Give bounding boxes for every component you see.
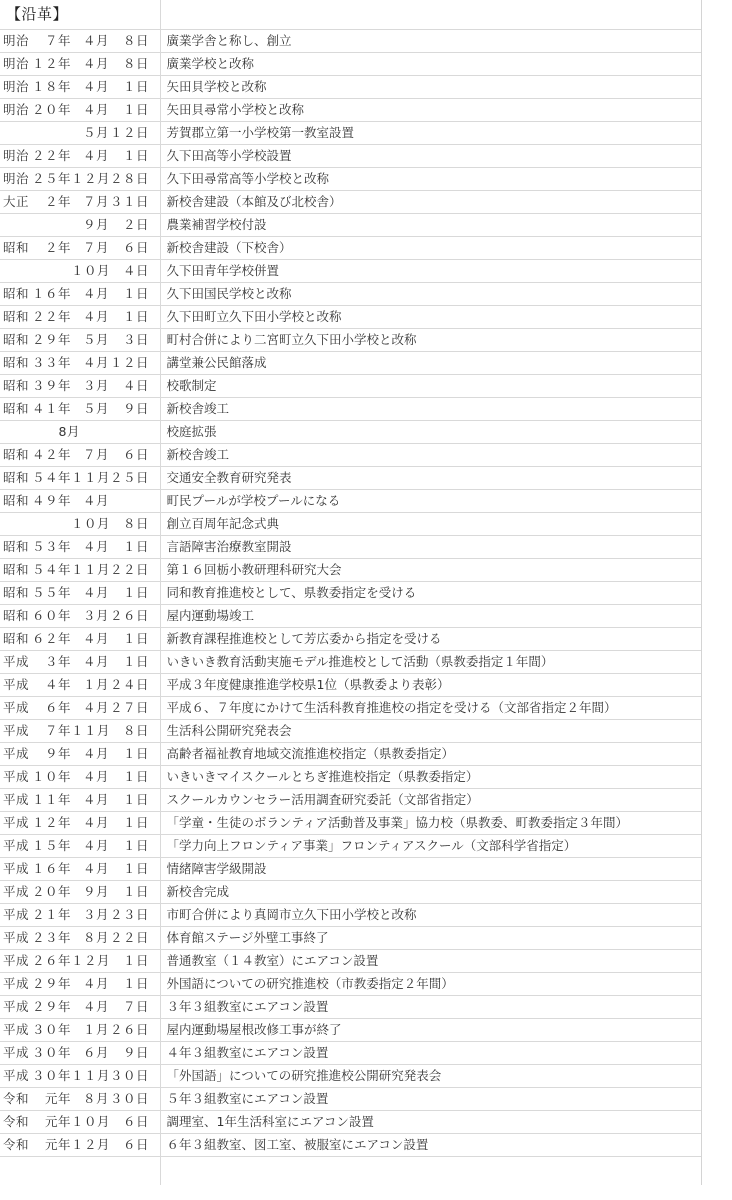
day: １日	[109, 628, 149, 650]
history-row: 昭和２９年５月３日町村合併により二宮町立久下田小学校と改称	[0, 328, 701, 351]
day: ６日	[109, 1134, 149, 1156]
date-cell: 昭和４１年５月９日	[0, 397, 160, 420]
date-cell: 昭和４２年７月６日	[0, 443, 160, 466]
month: ４月	[71, 283, 109, 305]
title-row: 【沿革】	[0, 0, 701, 29]
date-cell: １０月４日	[0, 259, 160, 282]
date-cell: 平成２６年１２月１日	[0, 949, 160, 972]
era: 平成	[3, 1065, 31, 1087]
date: 平成１６年４月１日	[3, 858, 160, 880]
date-cell: 昭和１６年４月１日	[0, 282, 160, 305]
era: 昭和	[3, 283, 31, 305]
era	[3, 260, 31, 282]
year: １２年	[31, 812, 71, 834]
event-cell: 平成６、７年度にかけて生活科教育推進校の指定を受ける（文部省指定２年間）	[160, 696, 701, 719]
day: １日	[109, 99, 149, 121]
day: ９日	[109, 1042, 149, 1064]
date: 昭和４２年７月６日	[3, 444, 160, 466]
month: １１月	[71, 559, 109, 581]
event-cell: 町民プールが学校プールになる	[160, 489, 701, 512]
date-cell: 昭和３９年３月４日	[0, 374, 160, 397]
month: ４月	[71, 582, 109, 604]
year: ６年	[31, 697, 71, 719]
history-row: 平成２９年４月１日外国語についての研究推進校（市教委指定２年間）	[0, 972, 701, 995]
month: １１月	[71, 1065, 109, 1087]
date: 平成４年１月２４日	[3, 674, 160, 696]
history-row: 昭和２年７月６日新校舎建設（下校舎）	[0, 236, 701, 259]
date-cell: 平成１２年４月１日	[0, 811, 160, 834]
history-row: １０月８日創立百周年記念式典	[0, 512, 701, 535]
date-cell: 8月	[0, 420, 160, 443]
day: １日	[109, 835, 149, 857]
era	[3, 122, 31, 144]
year: １８年	[31, 76, 71, 98]
day: ２７日	[109, 697, 149, 719]
year	[31, 214, 71, 236]
year: ２年	[31, 237, 71, 259]
date: 平成７年１１月８日	[3, 720, 160, 742]
month: ４月	[71, 306, 109, 328]
month: ４月	[71, 996, 109, 1018]
day: ３０日	[109, 1088, 149, 1110]
date: 令和元年１２月６日	[3, 1134, 160, 1156]
event-cell: 講堂兼公民館落成	[160, 351, 701, 374]
date: 昭和２９年５月３日	[3, 329, 160, 351]
month: ４月	[71, 490, 109, 512]
date-cell: 令和元年１２月６日	[0, 1133, 160, 1156]
month: ５月	[71, 398, 109, 420]
history-row: 平成１１年４月１日スクールカウンセラー活用調査研究委託（文部省指定）	[0, 788, 701, 811]
date: 平成２０年９月１日	[3, 881, 160, 903]
month: ４月	[71, 536, 109, 558]
month: １０月	[71, 260, 109, 282]
month: ８月	[71, 1088, 109, 1110]
year: ２１年	[31, 904, 71, 926]
date-cell: 昭和４９年４月	[0, 489, 160, 512]
date: 平成２３年８月２２日	[3, 927, 160, 949]
day: ３日	[109, 329, 149, 351]
era: 平成	[3, 950, 31, 972]
year	[31, 122, 71, 144]
era	[3, 513, 31, 535]
history-row: 令和元年１２月６日６年３組教室、図工室、被服室にエアコン設置	[0, 1133, 701, 1156]
event-cell: 「学力向上フロンティア事業」フロンティアスクール（文部科学省指定）	[160, 834, 701, 857]
date-cell: 昭和５４年１１月２５日	[0, 466, 160, 489]
history-row: ５月１２日芳賀郡立第一小学校第一教室設置	[0, 121, 701, 144]
history-row: 平成２９年４月７日３年３組教室にエアコン設置	[0, 995, 701, 1018]
day: ２日	[109, 214, 149, 236]
event-cell: 情緒障害学級開設	[160, 857, 701, 880]
month: １月	[71, 674, 109, 696]
history-row: 平成２１年３月２３日市町合併により真岡市立久下田小学校と改称	[0, 903, 701, 926]
year: ５５年	[31, 582, 71, 604]
date: 明治１２年４月８日	[3, 53, 160, 75]
history-sheet: 【沿革】 明治７年４月８日廣業学舎と称し、創立明治１２年４月８日廣業学校と改称明…	[0, 0, 702, 1185]
date-cell: ５月１２日	[0, 121, 160, 144]
year: ４年	[31, 674, 71, 696]
year: ７年	[31, 720, 71, 742]
month: ４月	[71, 812, 109, 834]
month: １１月	[71, 467, 109, 489]
date-cell: 平成３０年１１月３０日	[0, 1064, 160, 1087]
event-cell: 久下田国民学校と改称	[160, 282, 701, 305]
event-cell: 廣業学舎と称し、創立	[160, 29, 701, 52]
year: ３３年	[31, 352, 71, 374]
date: 平成１０年４月１日	[3, 766, 160, 788]
history-row: 平成２３年８月２２日体育館ステージ外壁工事終了	[0, 926, 701, 949]
era: 平成	[3, 881, 31, 903]
event-cell: 言語障害治療教室開設	[160, 535, 701, 558]
era: 昭和	[3, 306, 31, 328]
history-row: 平成３年４月１日いきいき教育活動実施モデル推進校として活動（県教委指定１年間）	[0, 650, 701, 673]
history-row: 昭和４１年５月９日新校舎竣工	[0, 397, 701, 420]
date: ９月２日	[3, 214, 160, 236]
month: １２月	[71, 168, 109, 190]
date-cell: 平成３０年１月２６日	[0, 1018, 160, 1041]
history-row: 平成３０年６月９日４年３組教室にエアコン設置	[0, 1041, 701, 1064]
date: 平成９年４月１日	[3, 743, 160, 765]
date: 平成１２年４月１日	[3, 812, 160, 834]
month: ３月	[71, 904, 109, 926]
day: １日	[109, 766, 149, 788]
date: 平成６年４月２７日	[3, 697, 160, 719]
era: 昭和	[3, 582, 31, 604]
day: １２日	[109, 122, 149, 144]
date: 平成３年４月１日	[3, 651, 160, 673]
year: ４２年	[31, 444, 71, 466]
date: 平成２９年４月１日	[3, 973, 160, 995]
date-cell: 平成２０年９月１日	[0, 880, 160, 903]
date-cell: 明治２２年４月１日	[0, 144, 160, 167]
era: 明治	[3, 168, 31, 190]
event-cell: 芳賀郡立第一小学校第一教室設置	[160, 121, 701, 144]
month: ４月	[71, 99, 109, 121]
event-cell: 久下田町立久下田小学校と改称	[160, 305, 701, 328]
year: ３０年	[31, 1042, 71, 1064]
year: ２２年	[31, 306, 71, 328]
date-cell: 平成２１年３月２３日	[0, 903, 160, 926]
date-cell: 平成２９年４月７日	[0, 995, 160, 1018]
era: 平成	[3, 858, 31, 880]
year: ２９年	[31, 996, 71, 1018]
day: ３０日	[109, 1065, 149, 1087]
date: 昭和３９年３月４日	[3, 375, 160, 397]
year: ５４年	[31, 559, 71, 581]
month: ４月	[71, 743, 109, 765]
date-cell: 明治２０年４月１日	[0, 98, 160, 121]
date-cell: 明治２５年１２月２８日	[0, 167, 160, 190]
year: ２０年	[31, 99, 71, 121]
year: ２３年	[31, 927, 71, 949]
day: ９日	[109, 398, 149, 420]
event-cell: 平成３年度健康推進学校県1位（県教委より表彰）	[160, 673, 701, 696]
day: ２６日	[109, 1019, 149, 1041]
year: ４１年	[31, 398, 71, 420]
history-row: 明治１８年４月１日矢田貝学校と改称	[0, 75, 701, 98]
event-cell: 久下田青年学校併置	[160, 259, 701, 282]
day: ７日	[109, 996, 149, 1018]
history-row: 昭和１６年４月１日久下田国民学校と改称	[0, 282, 701, 305]
event-cell: いきいき教育活動実施モデル推進校として活動（県教委指定１年間）	[160, 650, 701, 673]
date: 昭和２２年４月１日	[3, 306, 160, 328]
month: ４月	[71, 858, 109, 880]
era: 平成	[3, 674, 31, 696]
date: 大正２年７月３１日	[3, 191, 160, 213]
date: 昭和５５年４月１日	[3, 582, 160, 604]
date: 平成１５年４月１日	[3, 835, 160, 857]
year: １０年	[31, 766, 71, 788]
date: 平成２９年４月７日	[3, 996, 160, 1018]
event-cell: 矢田貝尋常小学校と改称	[160, 98, 701, 121]
date: 令和元年１０月６日	[3, 1111, 160, 1133]
history-row: 平成７年１１月８日生活科公開研究発表会	[0, 719, 701, 742]
date-cell: 昭和５５年４月１日	[0, 581, 160, 604]
year	[31, 513, 71, 535]
month: １２月	[71, 1134, 109, 1156]
day: １日	[109, 582, 149, 604]
history-row: 平成１２年４月１日「学童・生徒のボランティア活動普及事業」協力校（県教委、町教委…	[0, 811, 701, 834]
era: 明治	[3, 53, 31, 75]
history-row: 令和元年８月３０日５年３組教室にエアコン設置	[0, 1087, 701, 1110]
month: ９月	[71, 881, 109, 903]
date-cell: 明治１８年４月１日	[0, 75, 160, 98]
history-row: 平成１０年４月１日いきいきマイスクールとちぎ推進校指定（県教委指定）	[0, 765, 701, 788]
date-cell: 昭和３３年４月１２日	[0, 351, 160, 374]
history-row: 平成２０年９月１日新校舎完成	[0, 880, 701, 903]
date-cell: 平成１５年４月１日	[0, 834, 160, 857]
date-cell: 平成３０年６月９日	[0, 1041, 160, 1064]
history-row: 明治２０年４月１日矢田貝尋常小学校と改称	[0, 98, 701, 121]
event-cell: 新校舎建設（下校舎）	[160, 236, 701, 259]
month: ９月	[71, 214, 109, 236]
year: ９年	[31, 743, 71, 765]
month: ４月	[71, 76, 109, 98]
event-cell: 新教育課程推進校として芳広委から指定を受ける	[160, 627, 701, 650]
history-row: 昭和４２年７月６日新校舎竣工	[0, 443, 701, 466]
history-row: 8月校庭拡張	[0, 420, 701, 443]
era: 平成	[3, 904, 31, 926]
history-row: 明治１２年４月８日廣業学校と改称	[0, 52, 701, 75]
era: 明治	[3, 99, 31, 121]
title-empty-cell	[160, 0, 701, 29]
year: ２６年	[31, 950, 71, 972]
history-row: 昭和５４年１１月２５日交通安全教育研究発表	[0, 466, 701, 489]
date: 平成２１年３月２３日	[3, 904, 160, 926]
month: ４月	[71, 651, 109, 673]
history-row: 昭和５５年４月１日同和教育推進校として、県教委指定を受ける	[0, 581, 701, 604]
date: 平成１１年４月１日	[3, 789, 160, 811]
day: ８日	[109, 53, 149, 75]
year: １２年	[31, 53, 71, 75]
date: 昭和３３年４月１２日	[3, 352, 160, 374]
date: １０月８日	[3, 513, 160, 535]
day: １日	[109, 881, 149, 903]
day: ２４日	[109, 674, 149, 696]
blank-row	[0, 1156, 701, 1185]
event-cell: 外国語についての研究推進校（市教委指定２年間）	[160, 972, 701, 995]
history-row: 平成３０年１１月３０日「外国語」についての研究推進校公開研究発表会	[0, 1064, 701, 1087]
era: 昭和	[3, 536, 31, 558]
history-row: 昭和５３年４月１日言語障害治療教室開設	[0, 535, 701, 558]
date-cell: 昭和６０年３月２６日	[0, 604, 160, 627]
era: 平成	[3, 812, 31, 834]
era: 平成	[3, 651, 31, 673]
era: 令和	[3, 1134, 31, 1156]
history-row: 昭和３３年４月１２日講堂兼公民館落成	[0, 351, 701, 374]
event-cell: 新校舎完成	[160, 880, 701, 903]
date: 昭和１６年４月１日	[3, 283, 160, 305]
history-row: 明治７年４月８日廣業学舎と称し、創立	[0, 29, 701, 52]
date-cell: 昭和２９年５月３日	[0, 328, 160, 351]
event-cell: スクールカウンセラー活用調査研究委託（文部省指定）	[160, 788, 701, 811]
history-row: 大正２年７月３１日新校舎建設（本館及び北校舎）	[0, 190, 701, 213]
event-cell: 高齢者福祉教育地域交流推進校指定（県教委指定）	[160, 742, 701, 765]
history-row: 昭和５４年１１月２２日第１６回栃小教研理科研究大会	[0, 558, 701, 581]
month: ４月	[71, 789, 109, 811]
event-cell: 久下田尋常高等小学校と改称	[160, 167, 701, 190]
era: 明治	[3, 76, 31, 98]
date: 明治２５年１２月２８日	[3, 168, 160, 190]
history-row: ９月２日農業補習学校付設	[0, 213, 701, 236]
month: ４月	[71, 145, 109, 167]
date-cell: 平成３年４月１日	[0, 650, 160, 673]
event-cell: 「学童・生徒のボランティア活動普及事業」協力校（県教委、町教委指定３年間）	[160, 811, 701, 834]
day: １日	[109, 973, 149, 995]
date-cell: 令和元年８月３０日	[0, 1087, 160, 1110]
date: 明治２０年４月１日	[3, 99, 160, 121]
date-cell: 昭和２年７月６日	[0, 236, 160, 259]
day: ２２日	[109, 559, 149, 581]
event-cell: 市町合併により真岡市立久下田小学校と改称	[160, 903, 701, 926]
era: 昭和	[3, 375, 31, 397]
history-row: 昭和３９年３月４日校歌制定	[0, 374, 701, 397]
date: 平成３０年１１月３０日	[3, 1065, 160, 1087]
year	[31, 260, 71, 282]
day: １日	[109, 145, 149, 167]
date-cell: 平成４年１月２４日	[0, 673, 160, 696]
date-cell: 昭和５４年１１月２２日	[0, 558, 160, 581]
month: ４月	[71, 352, 109, 374]
date-cell: １０月８日	[0, 512, 160, 535]
era: 平成	[3, 973, 31, 995]
day: ４日	[109, 375, 149, 397]
day: １日	[109, 789, 149, 811]
era: 平成	[3, 697, 31, 719]
event-cell: 体育館ステージ外壁工事終了	[160, 926, 701, 949]
day: １日	[109, 812, 149, 834]
history-row: 昭和６２年４月１日新教育課程推進校として芳広委から指定を受ける	[0, 627, 701, 650]
year: ２９年	[31, 329, 71, 351]
day: ２５日	[109, 467, 149, 489]
era: 令和	[3, 1111, 31, 1133]
event-cell: ５年３組教室にエアコン設置	[160, 1087, 701, 1110]
history-row: 平成３０年１月２６日屋内運動場屋根改修工事が終了	[0, 1018, 701, 1041]
month: ４月	[71, 697, 109, 719]
year: １５年	[31, 835, 71, 857]
event-cell: 同和教育推進校として、県教委指定を受ける	[160, 581, 701, 604]
date-cell: 平成２９年４月１日	[0, 972, 160, 995]
history-row: 平成２６年１２月１日普通教室（１４教室）にエアコン設置	[0, 949, 701, 972]
month: ６月	[71, 1042, 109, 1064]
event-cell: 屋内運動場竣工	[160, 604, 701, 627]
date: 昭和２年７月６日	[3, 237, 160, 259]
day: ２６日	[109, 605, 149, 627]
day: ３１日	[109, 191, 149, 213]
date: 令和元年８月３０日	[3, 1088, 160, 1110]
event-cell: ６年３組教室、図工室、被服室にエアコン設置	[160, 1133, 701, 1156]
era: 平成	[3, 743, 31, 765]
day: ６日	[109, 237, 149, 259]
year: ５３年	[31, 536, 71, 558]
month: 8月	[59, 421, 104, 443]
era: 昭和	[3, 559, 31, 581]
history-row: 昭和６０年３月２６日屋内運動場竣工	[0, 604, 701, 627]
month: １月	[71, 1019, 109, 1041]
year: ２５年	[31, 168, 71, 190]
date-cell: 昭和２２年４月１日	[0, 305, 160, 328]
event-cell: 校庭拡張	[160, 420, 701, 443]
month: ３月	[71, 605, 109, 627]
date: ５月１２日	[3, 122, 160, 144]
day: ８日	[109, 30, 149, 52]
month: １１月	[71, 720, 109, 742]
year: ３９年	[31, 375, 71, 397]
era: 令和	[3, 1088, 31, 1110]
history-row: 明治２２年４月１日久下田高等小学校設置	[0, 144, 701, 167]
history-row: １０月４日久下田青年学校併置	[0, 259, 701, 282]
event-cell: 「外国語」についての研究推進校公開研究発表会	[160, 1064, 701, 1087]
day: ２２日	[109, 927, 149, 949]
month: ４月	[71, 628, 109, 650]
era: 昭和	[3, 329, 31, 351]
empty-cell	[0, 1156, 160, 1185]
history-row: 平成６年４月２７日平成６、７年度にかけて生活科教育推進校の指定を受ける（文部省指…	[0, 696, 701, 719]
day: ２８日	[109, 168, 149, 190]
year: ４９年	[31, 490, 71, 512]
title-cell: 【沿革】	[0, 0, 160, 29]
history-row: 平成１５年４月１日「学力向上フロンティア事業」フロンティアスクール（文部科学省指…	[0, 834, 701, 857]
date: 平成２６年１２月１日	[3, 950, 160, 972]
year: ３０年	[31, 1065, 71, 1087]
date-cell: 明治１２年４月８日	[0, 52, 160, 75]
history-row: 平成９年４月１日高齢者福祉教育地域交流推進校指定（県教委指定）	[0, 742, 701, 765]
day: ６日	[109, 444, 149, 466]
month: ４月	[71, 973, 109, 995]
date: 明治７年４月８日	[3, 30, 160, 52]
month: ７月	[71, 191, 109, 213]
year: ３０年	[31, 1019, 71, 1041]
day: ８日	[109, 513, 149, 535]
era: 昭和	[3, 444, 31, 466]
era: 平成	[3, 1042, 31, 1064]
era: 昭和	[3, 605, 31, 627]
year: 元年	[31, 1088, 71, 1110]
date-cell: ９月２日	[0, 213, 160, 236]
year: ３年	[31, 651, 71, 673]
era: 大正	[3, 191, 31, 213]
history-row: 明治２５年１２月２８日久下田尋常高等小学校と改称	[0, 167, 701, 190]
month: ５月	[71, 122, 109, 144]
event-cell: 新校舎建設（本館及び北校舎）	[160, 190, 701, 213]
date-cell: 昭和６２年４月１日	[0, 627, 160, 650]
month: ４月	[71, 766, 109, 788]
date-cell: 明治７年４月８日	[0, 29, 160, 52]
day: １日	[109, 950, 149, 972]
event-cell: 屋内運動場屋根改修工事が終了	[160, 1018, 701, 1041]
event-cell: 新校舎竣工	[160, 443, 701, 466]
date: 昭和６０年３月２６日	[3, 605, 160, 627]
event-cell: 調理室、1年生活科室にエアコン設置	[160, 1110, 701, 1133]
